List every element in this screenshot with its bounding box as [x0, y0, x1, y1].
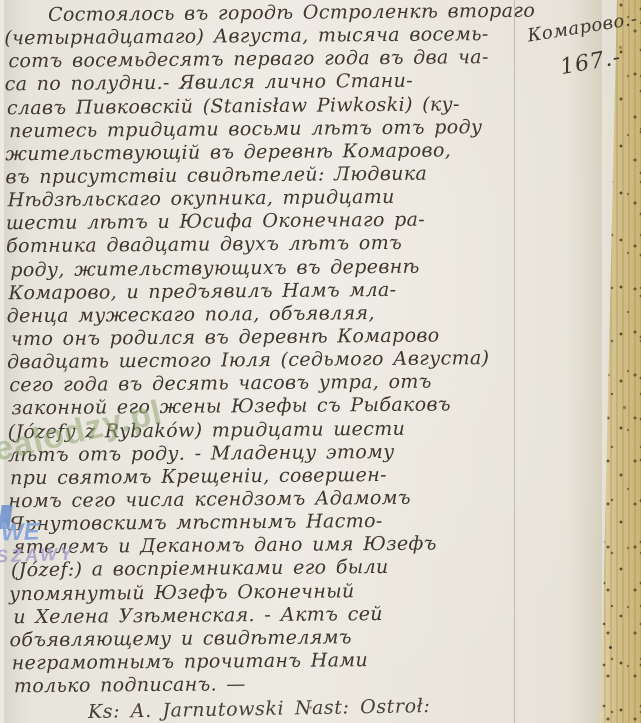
manuscript-line: только подписанъ. —: [14, 671, 532, 699]
book-page-edges: [598, 0, 641, 723]
watermark-we-fragment: WE: [1, 518, 41, 547]
priest-signature: Ks: A. Jarnutowski Nast: Ostroł:: [88, 695, 431, 723]
ink-speck: [609, 646, 612, 649]
scan-edge-strip: [0, 0, 4, 723]
page-curve-shadow: [568, 0, 602, 723]
watermark-szawy-fragment: SZAWY: [0, 544, 75, 568]
manuscript-text-block: Состоялось въ городѣ Остроленкѣ втораго(…: [4, 0, 532, 698]
scanned-register-page: ealodzy.pl WE SZAWY Состоялось въ городѣ…: [0, 0, 641, 723]
